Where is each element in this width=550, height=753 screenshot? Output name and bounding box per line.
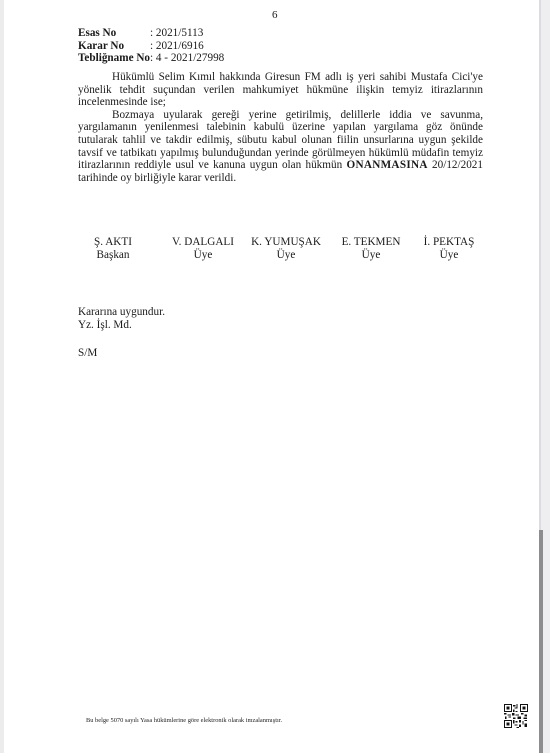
scrollbar-thumb[interactable] [539,530,543,753]
signer-name: E. TEKMEN [336,236,406,249]
sm-marker: S/M [78,347,97,359]
signature-member-1: V. DALGALI Üye [168,236,238,261]
meta-label: Tebliğname No [78,52,150,65]
case-metadata: Esas No : 2021/5113 Karar No : 2021/6916… [78,27,224,65]
page-left-edge [0,0,4,753]
meta-label: Esas No [78,27,150,40]
e-signature-note: Bu belge 5070 sayılı Yasa hükümlerine gö… [86,717,282,724]
signature-member-4: İ. PEKTAŞ Üye [414,236,484,261]
meta-row-karar: Karar No : 2021/6916 [78,40,224,53]
signer-role: Üye [414,249,484,262]
signer-role: Üye [168,249,238,262]
meta-row-esas: Esas No : 2021/5113 [78,27,224,40]
meta-value: : 4 - 2021/27998 [150,52,224,65]
signer-role: Üye [336,249,406,262]
signature-member-3: E. TEKMEN Üye [336,236,406,261]
meta-row-tebligname: Tebliğname No : 4 - 2021/27998 [78,52,224,65]
signer-role: Üye [246,249,326,262]
verdict-keyword: ONANMASINA [346,159,427,171]
signer-name: V. DALGALI [168,236,238,249]
signer-name: K. YUMUŞAK [246,236,326,249]
signer-name: İ. PEKTAŞ [414,236,484,249]
paragraph-2: Bozmaya uyularak gereği yerine getirilmi… [78,109,483,185]
meta-value: : 2021/6916 [150,40,204,53]
signer-name: Ş. AKTI [78,236,148,249]
qr-code-icon [504,704,528,728]
decision-body: Hükümlü Selim Kımıl hakkında Giresun FM … [78,71,483,184]
certification-line-1: Kararına uygundur. [78,306,165,319]
signature-member-2: K. YUMUŞAK Üye [246,236,326,261]
signature-baskan: Ş. AKTI Başkan [78,236,148,261]
scrollbar[interactable] [539,0,550,753]
signer-role: Başkan [78,249,148,262]
meta-value: : 2021/5113 [150,27,203,40]
meta-label: Karar No [78,40,150,53]
paragraph-1: Hükümlü Selim Kımıl hakkında Giresun FM … [78,71,483,109]
page-number: 6 [272,9,278,21]
certification-line-2: Yz. İşl. Md. [78,319,165,332]
certification-note: Kararına uygundur. Yz. İşl. Md. [78,306,165,331]
